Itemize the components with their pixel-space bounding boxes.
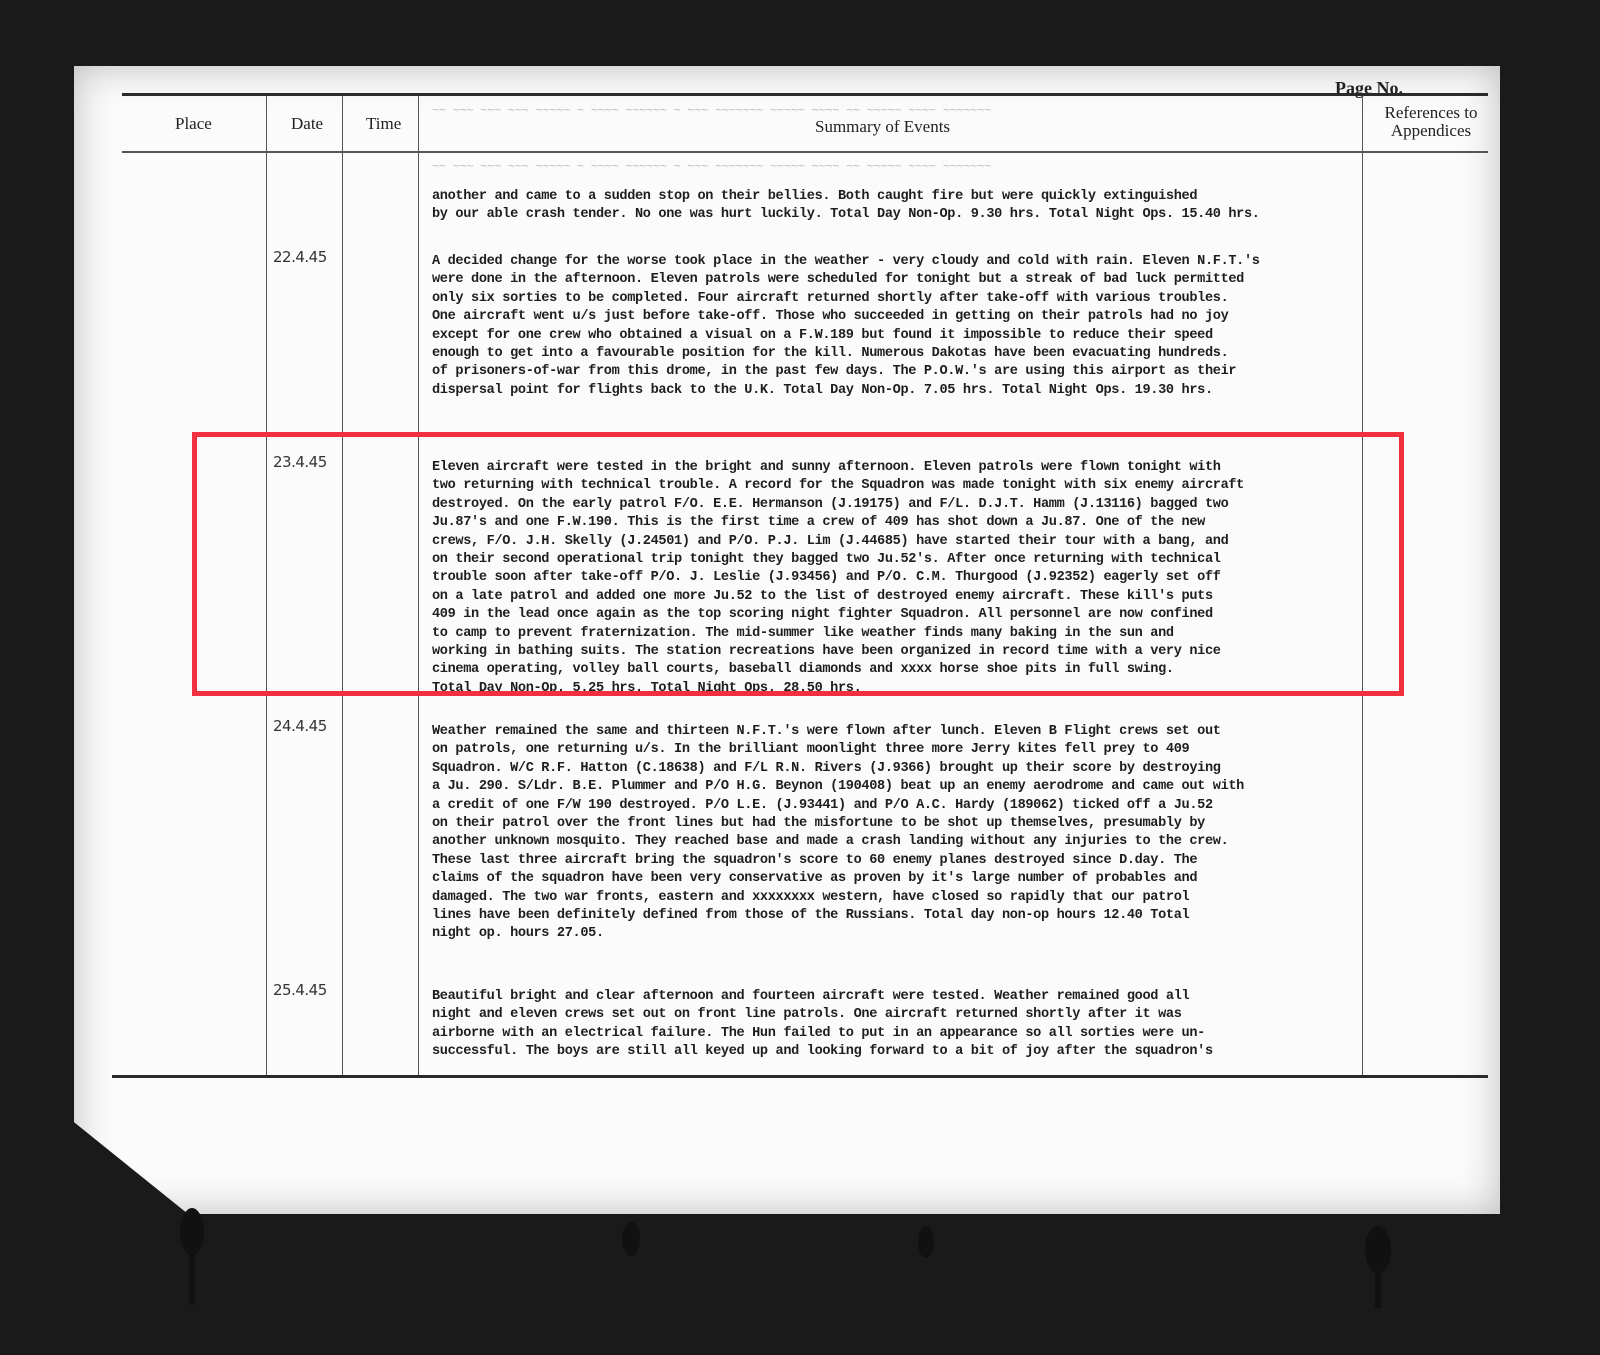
column-divider-date-time: [342, 96, 343, 1075]
entry-text-highlighted: Eleven aircraft were tested in the brigh…: [432, 459, 1422, 698]
header-top-rule: [122, 93, 1488, 96]
table-bottom-rule: [112, 1075, 1488, 1078]
binder-hole-icon: [622, 1222, 640, 1256]
binder-hole-icon: [1365, 1226, 1391, 1274]
binder-hole-slot: [1375, 1268, 1381, 1308]
bleed-through-text: ~~ ~~~ ~~~ ~~~ ~~~~~ ~ ~~~~ ~~~~~~ ~ ~~~…: [432, 160, 991, 174]
binder-hole-icon: [180, 1208, 204, 1256]
entry-text: Beautiful bright and clear afternoon and…: [432, 988, 1422, 1062]
entry-text: Weather remained the same and thirteen N…: [432, 723, 1422, 944]
entry-date: 23.4.45: [273, 453, 327, 471]
column-header-references: References to Appendices: [1376, 104, 1486, 140]
entry-continuation-text: another and came to a sudden stop on the…: [432, 188, 1422, 225]
header-bottom-rule: [122, 151, 1488, 153]
entry-date: 24.4.45: [273, 717, 327, 735]
column-header-date: Date: [291, 114, 323, 134]
column-header-summary: Summary of Events: [815, 117, 950, 137]
binder-hole-icon: [918, 1226, 934, 1258]
entry-date: 25.4.45: [273, 981, 327, 999]
bleed-through-text: ~~ ~~~ ~~~ ~~~ ~~~~~ ~ ~~~~ ~~~~~~ ~ ~~~…: [432, 104, 991, 118]
binder-hole-slot: [189, 1250, 195, 1305]
entry-date: 22.4.45: [273, 248, 327, 266]
entry-text: A decided change for the worse took plac…: [432, 253, 1422, 400]
column-header-place: Place: [175, 114, 212, 134]
column-header-time: Time: [366, 114, 401, 134]
column-divider-time-summary: [418, 96, 419, 1075]
column-divider-place-date: [266, 96, 267, 1075]
